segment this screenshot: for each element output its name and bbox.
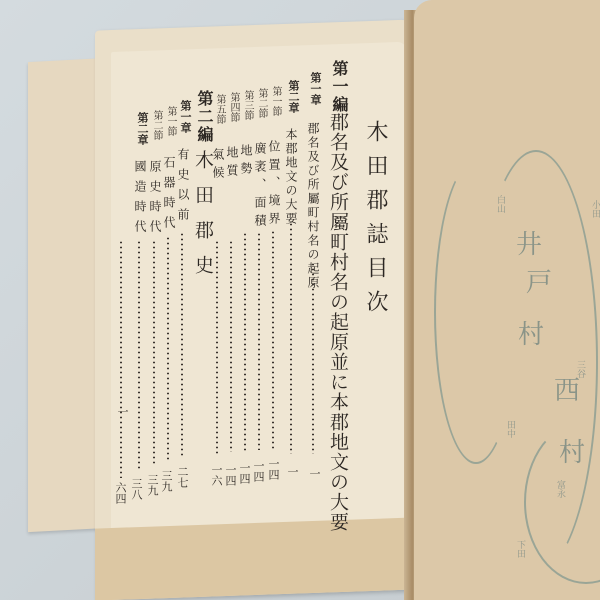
section-label: 第二節 [254, 88, 269, 118]
section-label: 第四節 [226, 92, 241, 122]
chapter-label: 第一章 [177, 100, 193, 133]
map-place: 小田 [589, 200, 600, 218]
map-label: 村 [559, 440, 585, 466]
page-number: 三八 [128, 478, 144, 500]
page-number: 一四 [265, 458, 281, 480]
section-label: 第一節 [163, 106, 178, 136]
map-label: 村 [518, 322, 544, 348]
section-label: 第一節 [268, 86, 283, 116]
map-place: 白山 [494, 195, 507, 213]
section-label: 第三節 [240, 90, 255, 120]
page-number: 一四 [250, 460, 266, 482]
dot-leader [120, 240, 122, 478]
page-number: 六四 [112, 482, 128, 504]
dot-leader [181, 232, 183, 458]
page-mark: 一 [114, 406, 130, 417]
page-number: 二七 [174, 466, 190, 488]
page-number: 一 [306, 468, 322, 479]
dot-leader [290, 222, 292, 454]
map-place: 三谷 [574, 360, 587, 378]
map-page: 井 戸 村 西 村 白山 田中 小田 三谷 富永 下田 [414, 0, 600, 600]
section-title: 原史時代 [147, 160, 164, 240]
map-label: 戸 [526, 270, 552, 296]
map-label: 西 [554, 378, 580, 404]
section-label: 第二節 [149, 110, 164, 140]
map-place: 下田 [514, 540, 527, 558]
part2-label: 第二編 [193, 90, 216, 144]
page-edge-stain [95, 517, 415, 600]
dot-leader [138, 240, 140, 470]
page-number: 一六 [208, 464, 224, 486]
part1-label: 第一編 [328, 60, 351, 114]
dot-leader [153, 240, 155, 466]
map-place: 田中 [504, 420, 517, 438]
dot-leader [272, 230, 274, 450]
part1-title: 郡名及び所屬町村名の起原並に本郡地文の大要 [325, 112, 352, 532]
chapter-title: 本郡地文の大要 [283, 128, 300, 226]
map-place: 富永 [554, 480, 567, 498]
page-number: 一四 [222, 464, 238, 486]
dot-leader [230, 240, 232, 452]
dot-leader [167, 236, 169, 462]
dot-leader [312, 262, 314, 454]
part2-title: 木田郡史 [190, 150, 217, 290]
page-number: 一 [284, 466, 300, 477]
chapter-label: 第一章 [307, 72, 323, 105]
chapter-label: 第二章 [285, 80, 301, 113]
chapter-label: 第二章 [134, 112, 150, 145]
page-number: 三九 [144, 474, 160, 496]
toc-title: 木田郡誌目次 [360, 120, 391, 324]
map-label: 井 [516, 232, 542, 258]
dot-leader [244, 232, 246, 452]
page-number: 一四 [236, 462, 252, 484]
chapter-title: 國造時代 [132, 160, 149, 240]
page-number: 三九 [158, 470, 174, 492]
dot-leader [258, 232, 260, 450]
